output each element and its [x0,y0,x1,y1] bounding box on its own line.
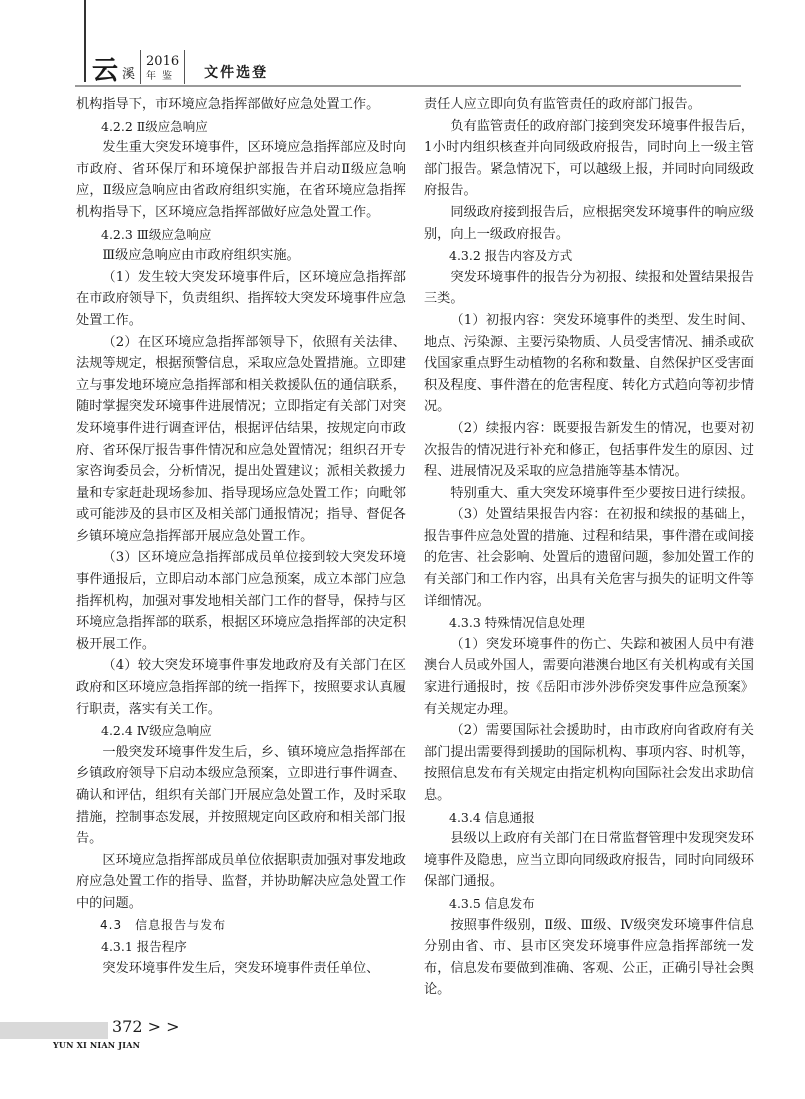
paragraph: 一般突发环境事件发生后，乡、镇环境应急指挥部在乡镇政府领导下启动本级应急预案，立… [76,742,406,850]
logo-main-char: 云 [92,58,118,84]
section-heading: 4.2.3 Ⅲ级应急响应 [76,224,406,246]
paragraph: 发生重大突发环境事件，区环境应急指挥部应及时向市政府、省环保厅和环境保护部报告并… [76,137,406,223]
running-header: 云 溪 2016 年鉴 文件选登 [86,48,268,84]
paragraph: 同级政府接到报告后，应根据突发环境事件的响应级别，向上一级政府报告。 [424,202,754,245]
paragraph: 负有监管责任的政府部门接到突发环境事件报告后，1小时内组织核查并向同级政府报告，… [424,116,754,202]
section-heading: 4.3.5 信息发布 [424,893,754,915]
paragraph: （2）在区环境应急指挥部领导下，依照有关法律、法规等规定，根据预警信息，采取应急… [76,332,406,548]
paragraph: （3）处置结果报告内容：在初报和续报的基础上，报告事件应急处置的措施、过程和结果… [424,504,754,612]
section-heading: 4.2.4 Ⅳ级应急响应 [76,720,406,742]
section-heading: 4.3.4 信息通报 [424,807,754,829]
year-block: 2016 年鉴 [146,54,179,84]
header-separator [184,50,185,84]
paragraph: （2）续报内容：既要报告新发生的情况，也要对初次报告的情况进行补充和修正，包括事… [424,418,754,483]
paragraph: 区环境应急指挥部成员单位依据职责加强对事发地政府应急处置工作的指导、监督，并协助… [76,850,406,915]
paragraph: 机构指导下，市环境应急指挥部做好应急处置工作。 [76,94,406,116]
paragraph: 县级以上政府有关部门在日常监督管理中发现突发环境事件及隐患，应当立即向同级政府报… [424,828,754,893]
paragraph: （1）初报内容：突发环境事件的类型、发生时间、地点、污染源、主要污染物质、人员受… [424,310,754,418]
logo-sub-char: 溪 [122,63,135,82]
paragraph: 按照事件级别，Ⅱ级、Ⅲ级、Ⅳ级突发环境事件信息分别由省、市、县市区突发环境事件应… [424,915,754,1001]
page-number: 372 > > [112,1016,180,1038]
right-column: 责任人应立即向负有监管责任的政府部门报告。 负有监管责任的政府部门接到突发环境事… [424,94,754,1001]
footer-bar [0,1022,108,1039]
section-heading: 4.3.2 报告内容及方式 [424,245,754,267]
paragraph: 突发环境事件的报告分为初报、续报和处置结果报告三类。 [424,267,754,310]
paragraph: （3）区环境应急指挥部成员单位接到较大突发环境事件通报后，立即启动本部门应急预案… [76,547,406,655]
header-year: 2016 [146,54,179,70]
left-column: 机构指导下，市环境应急指挥部做好应急处置工作。 4.2.2 Ⅱ级应急响应 发生重… [76,94,406,979]
paragraph: 责任人应立即向负有监管责任的政府部门报告。 [424,94,754,116]
paragraph: （1）突发环境事件的伤亡、失踪和被困人员中有港澳台人员或外国人，需要向港澳台地区… [424,634,754,720]
paragraph: （4）较大突发环境事件事发地政府及有关部门在区政府和区环境应急指挥部的统一指挥下… [76,655,406,720]
section-heading: 4.3.3 特殊情况信息处理 [424,612,754,634]
section-title: 文件选登 [204,62,268,82]
paragraph: （2）需要国际社会援助时，由市政府向省政府有关部门提出需要得到援助的国际机构、事… [424,720,754,806]
paragraph: 特别重大、重大突发环境事件至少要按日进行续报。 [424,483,754,505]
section-heading: 4.3.1 报告程序 [76,936,406,958]
header-separator [140,50,141,84]
publication-romanized: YUN XI NIAN JIAN [53,1040,140,1050]
header-rule [75,85,741,87]
section-heading: 4.2.2 Ⅱ级应急响应 [76,116,406,138]
section-heading: 4.3 信息报告与发布 [76,915,406,937]
paragraph: （1）发生较大突发环境事件后，区环境应急指挥部在市政府领导下，负责组织、指挥较大… [76,267,406,332]
paragraph: Ⅲ级应急响应由市政府组织实施。 [76,245,406,267]
paragraph: 突发环境事件发生后，突发环境事件责任单位、 [76,958,406,980]
yearbook-label: 年鉴 [146,70,178,84]
